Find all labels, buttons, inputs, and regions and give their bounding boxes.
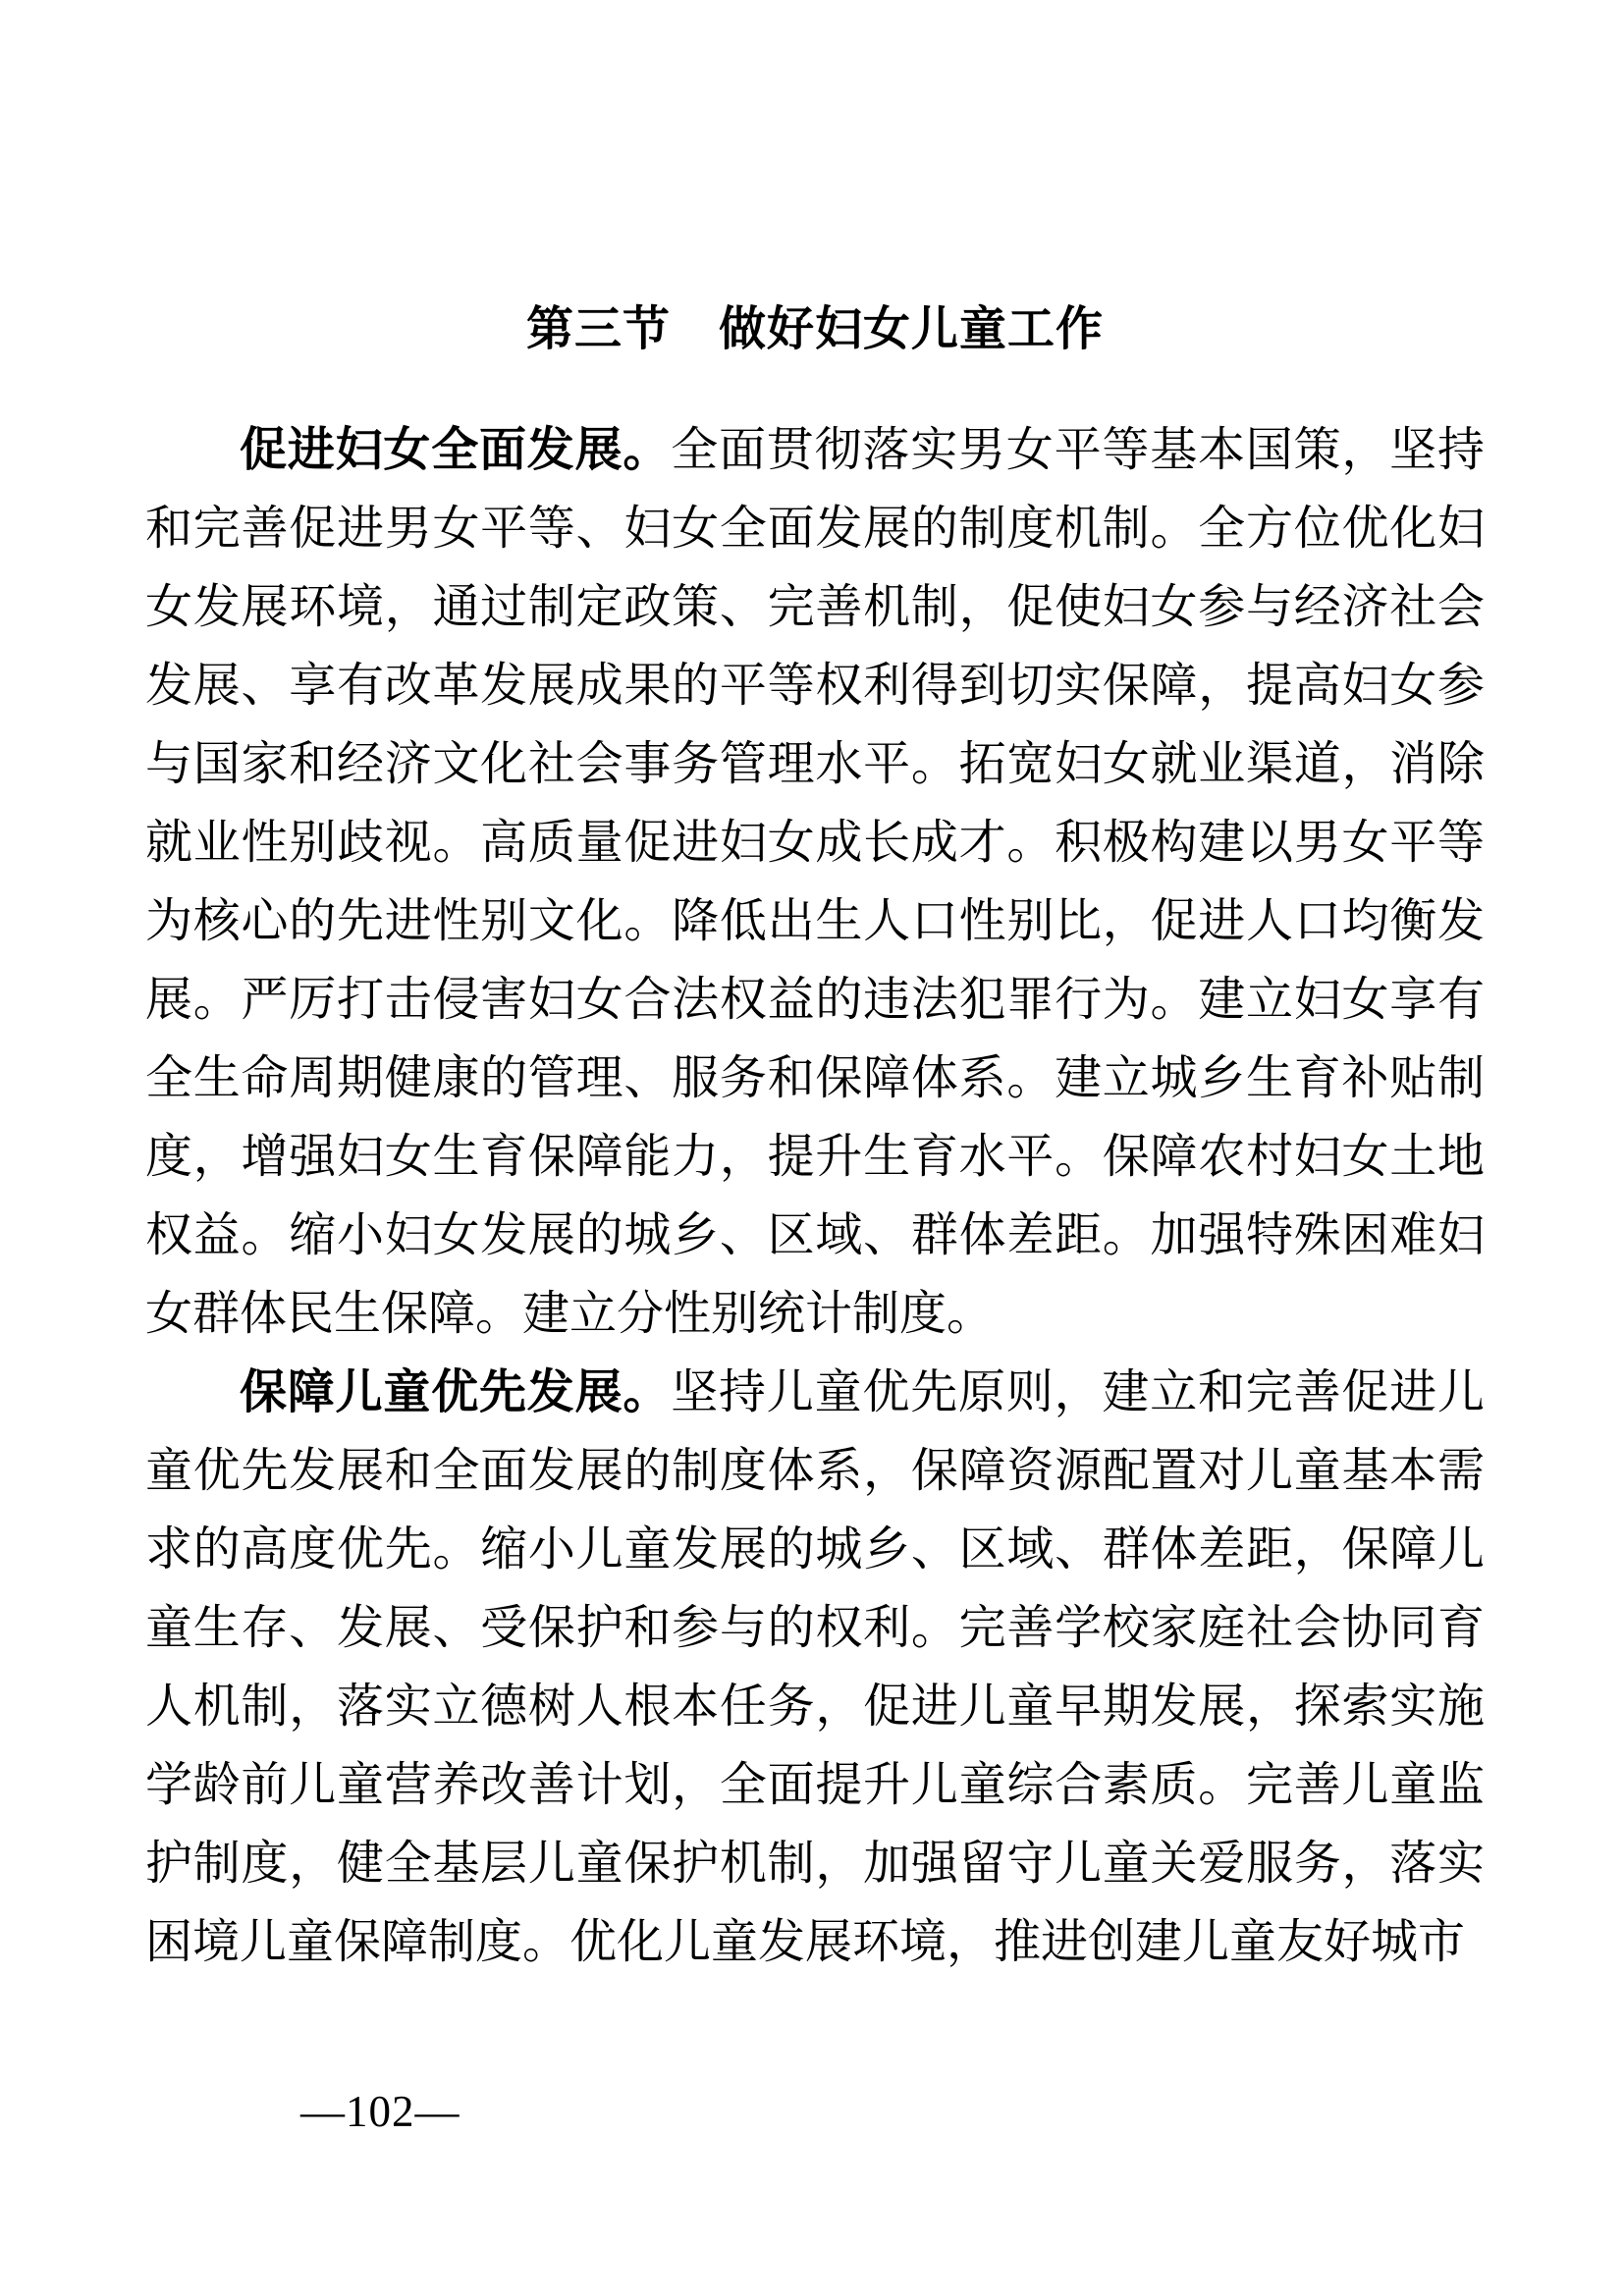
page-number: —102— xyxy=(300,2087,460,2136)
paragraph-lead-women: 促进妇女全面发展。 xyxy=(240,424,671,476)
paragraph-children-priority: 保障儿童优先发展。坚持儿童优先原则，建立和完善促进儿童优先发展和全面发展的制度体… xyxy=(145,1354,1485,1982)
document-page: 第三节 做好妇女儿童工作 促进妇女全面发展。全面贯彻落实男女平等基本国策，坚持和… xyxy=(0,0,1624,2296)
document-body: 促进妇女全面发展。全面贯彻落实男女平等基本国策，坚持和完善促进男女平等、妇女全面… xyxy=(145,411,1485,1982)
section-title: 第三节 做好妇女儿童工作 xyxy=(145,302,1485,357)
paragraph-text-women: 全面贯彻落实男女平等基本国策，坚持和完善促进男女平等、妇女全面发展的制度机制。全… xyxy=(145,424,1485,1340)
paragraph-lead-children: 保障儿童优先发展。 xyxy=(240,1366,671,1418)
paragraph-women-development: 促进妇女全面发展。全面贯彻落实男女平等基本国策，坚持和完善促进男女平等、妇女全面… xyxy=(145,411,1485,1354)
paragraph-text-children: 坚持儿童优先原则，建立和完善促进儿童优先发展和全面发展的制度体系，保障资源配置对… xyxy=(145,1366,1485,1968)
